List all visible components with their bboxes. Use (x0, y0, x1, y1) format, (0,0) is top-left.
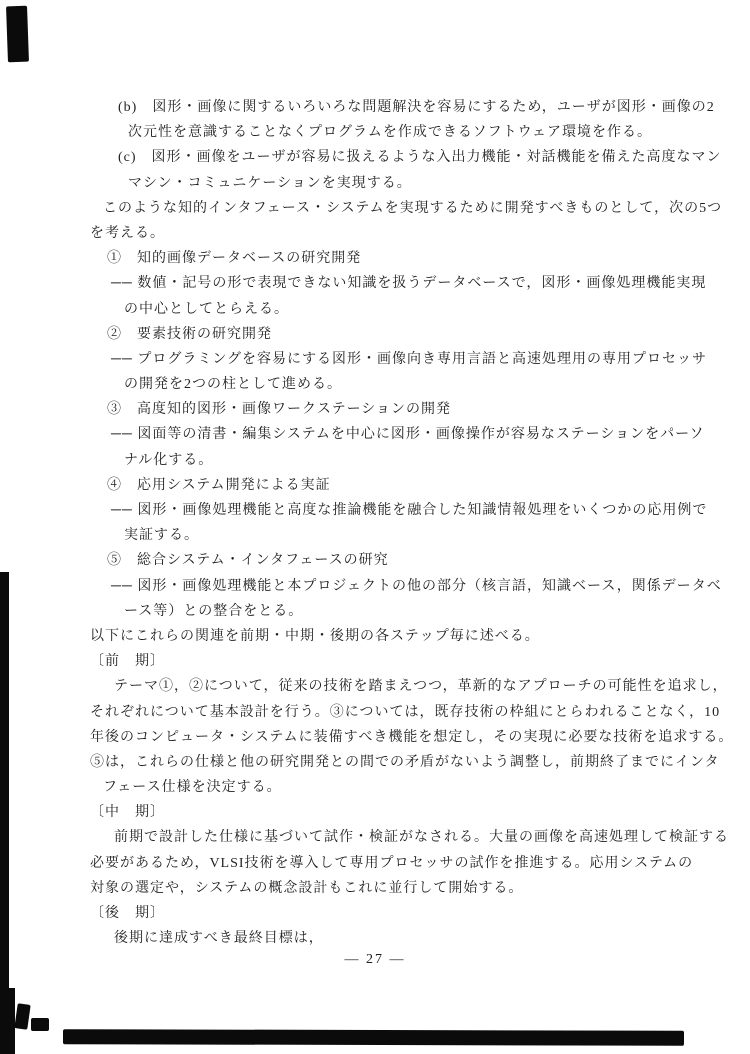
scan-smudge-bottom-left-2 (31, 1018, 49, 1031)
text-line: ⑤ 総合システム・インタフェースの研究 (107, 548, 730, 573)
text-line: ── プログラミングを容易にする図形・画像向き専用言語と高速処理用の専用プロセッ… (111, 347, 730, 372)
text-line: ース等）との整合をとる。 (124, 599, 730, 624)
text-line: テーマ①，②について，従来の技術を踏まえつつ，革新的なアプローチの可能性を追求し… (114, 674, 730, 699)
scan-smudge-bottom-edge (63, 1029, 684, 1046)
text-line: ── 図形・画像処理機能と本プロジェクトの他の部分（核言語，知識ベース，関係デー… (111, 574, 730, 599)
text-line: フェース仕様を決定する。 (103, 775, 730, 800)
text-line: 後期に達成すべき最終目標は， (114, 926, 730, 951)
text-line: 年後のコンピュータ・システムに装備すべき機能を想定し，その実現に必要な技術を追求… (90, 725, 730, 750)
text-line: 次元性を意識することなくプログラムを作成できるソフトウェア環境を作る。 (128, 120, 730, 145)
text-line: 以下にこれらの関連を前期・中期・後期の各ステップ毎に述べる。 (90, 624, 730, 649)
scan-smudge-left-edge-bottom (0, 988, 15, 1054)
text-line: (c) 図形・画像をユーザが容易に扱えるような入出力機能・対話機能を備えた高度な… (118, 145, 730, 170)
scan-smudge-top-left (6, 6, 29, 63)
text-line: の中心としてとらえる。 (124, 297, 730, 322)
text-line: 必要があるため，VLSI技術を導入して専用プロセッサの試作を推進する。応用システ… (90, 851, 730, 876)
text-line: 〔前 期〕 (90, 649, 730, 674)
text-line: の開発を2つの柱として進める。 (124, 372, 730, 397)
scan-smudge-left-edge (0, 572, 9, 1054)
text-line: 〔後 期〕 (90, 901, 730, 926)
text-line: ② 要素技術の研究開発 (107, 322, 730, 347)
text-line: ── 数値・記号の形で表現できない知識を扱うデータベースで，図形・画像処理機能実… (111, 271, 730, 296)
text-line: 実証する。 (124, 523, 730, 548)
text-line: 前期で設計した仕様に基づいて試作・検証がなされる。大量の画像を高速処理して検証す… (114, 825, 730, 850)
document-body: (b) 図形・画像に関するいろいろな問題解決を容易にするため，ユーザが図形・画像… (90, 95, 730, 951)
text-line: ⑤は，これらの仕様と他の研究開発との間での矛盾がないよう調整し，前期終了までにイ… (90, 750, 730, 775)
text-line: ① 知的画像データベースの研究開発 (107, 246, 730, 271)
text-line: このような知的インタフェース・システムを実現するために開発すべきものとして，次の… (103, 196, 730, 221)
text-line: (b) 図形・画像に関するいろいろな問題解決を容易にするため，ユーザが図形・画像… (118, 95, 730, 120)
scanned-document-page: (b) 図形・画像に関するいろいろな問題解決を容易にするため，ユーザが図形・画像… (0, 0, 750, 1054)
page-number: — 27 — (0, 952, 750, 968)
text-line: 対象の選定や，システムの概念設計もこれに並行して開始する。 (90, 876, 730, 901)
text-line: 〔中 期〕 (90, 800, 730, 825)
text-line: を考える。 (90, 221, 730, 246)
text-line: マシン・コミュニケーションを実現する。 (128, 171, 730, 196)
text-line: ナル化する。 (124, 448, 730, 473)
text-line: それぞれについて基本設計を行う。③については，既存技術の枠組にとらわれることなく… (90, 700, 730, 725)
text-line: ④ 応用システム開発による実証 (107, 473, 730, 498)
text-line: ── 図形・画像処理機能と高度な推論機能を融合した知識情報処理をいくつかの応用例… (111, 498, 730, 523)
scan-smudge-bottom-left-1 (14, 1003, 30, 1030)
text-line: ③ 高度知的図形・画像ワークステーションの開発 (107, 397, 730, 422)
text-line: ── 図面等の清書・編集システムを中心に図形・画像操作が容易なステーションをパー… (111, 422, 730, 447)
